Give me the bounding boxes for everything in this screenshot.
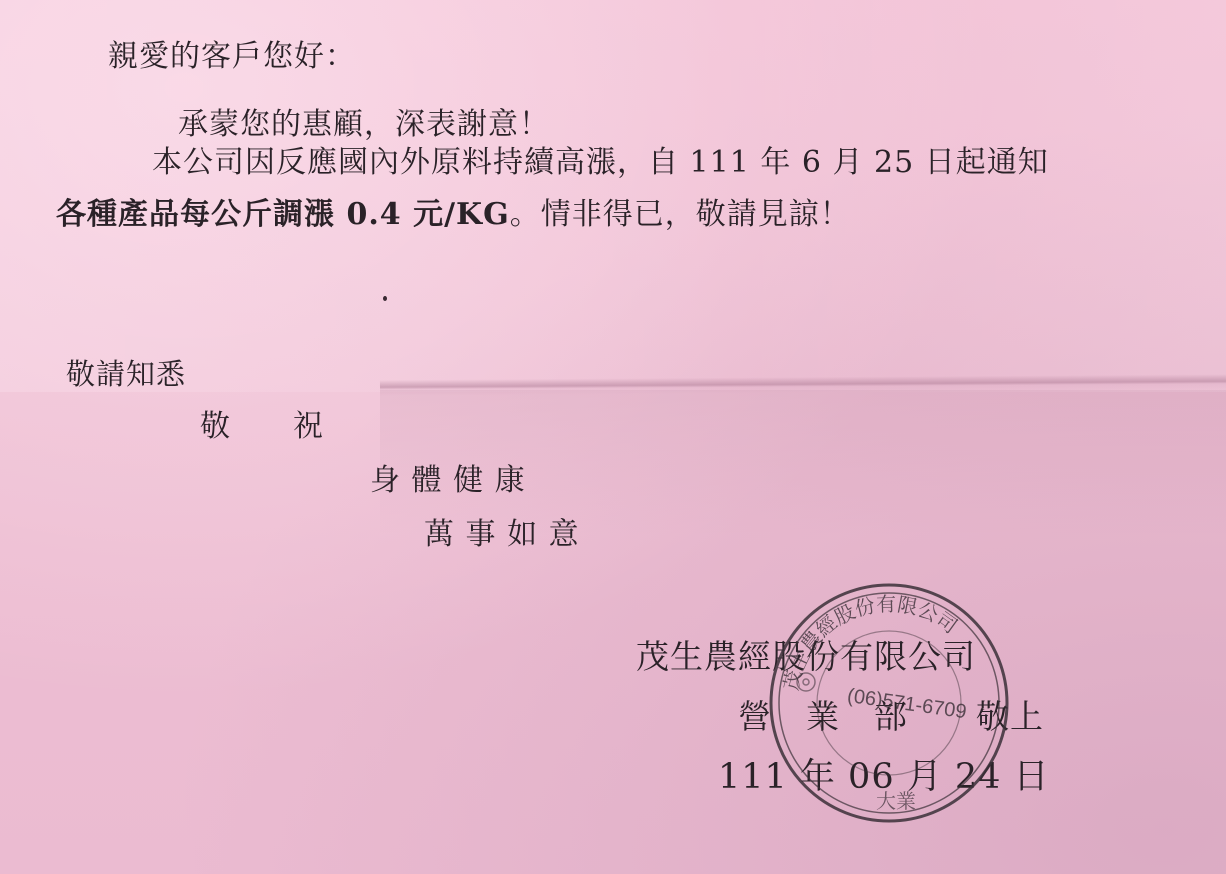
stamp-phone: (06)571-6709	[846, 685, 968, 723]
ink-speck	[383, 296, 387, 301]
paragraph-notice-line-1: 本公司因反應國內外原料持續高漲，自 111 年 6 月 25 日起通知	[152, 148, 1049, 178]
wish-prosperity: 萬 事 如 意	[424, 520, 580, 550]
paragraph-notice-line-2: 各種產品每公斤調漲 0.4 元/KG。情非得已，敬請見諒！	[56, 200, 851, 230]
apology-text: 。情非得已，敬請見諒！	[510, 197, 851, 232]
salutation: 敬 祝	[200, 412, 324, 442]
wish-health: 身 體 健 康	[370, 466, 526, 496]
stamp-bottom-text: 大業	[876, 789, 916, 813]
price-increase-highlight: 各種產品每公斤調漲 0.4 元/KG	[56, 197, 510, 232]
paragraph-thanks: 承蒙您的惠顧，深表謝意！	[178, 110, 550, 140]
stamp-ring-text: 茂生農經股份有限公司	[779, 592, 962, 693]
company-seal-stamp: 茂生農經股份有限公司 (06)571-6709 大業	[766, 580, 1012, 826]
closing-request: 敬請知悉	[66, 360, 186, 389]
greeting: 親愛的客戶您好：	[108, 42, 356, 72]
